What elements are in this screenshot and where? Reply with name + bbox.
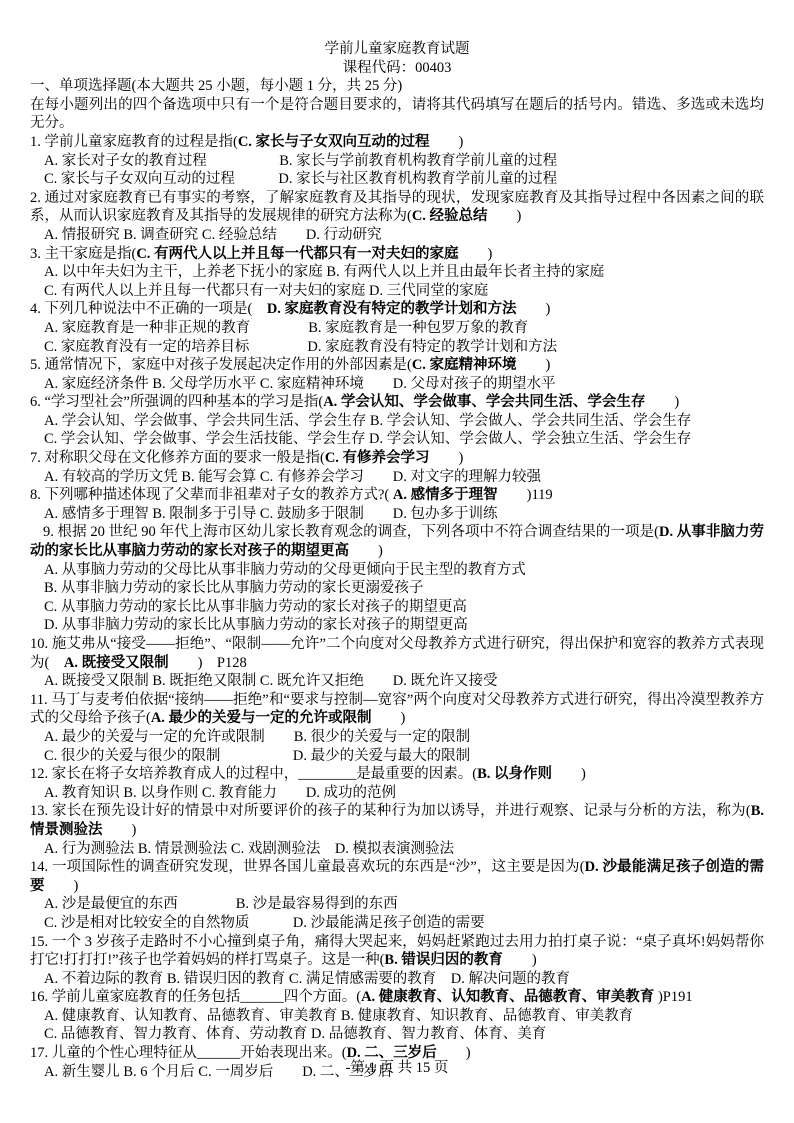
question-stem: 15. 一个 3 岁孩子走路时不小心撞到桌子角，痛得大哭起来，妈妈赶紧跑过去用力… [30,933,764,970]
answer-text: B. 以身作则 [477,766,552,782]
question-text: 1. 学前儿童家庭教育的过程是指( [30,134,238,150]
answer-text: C. 家长与子女双向互动的过程 [238,134,430,150]
bracket-close: ) [372,710,406,726]
option-line: A. 最少的关爱与一定的允许或限制 B. 很少的关爱与一定的限制 [30,728,764,747]
answer-text: D. 家庭教育没有特定的教学计划和方法 [267,301,517,317]
option-line: D. 从事非脑力劳动的家长比从事脑力劳动的家长对孩子的期望更高 [30,616,764,635]
answer-text: A. 学会认知、学会做事、学会共同生活、学会生存 [323,394,645,410]
question-text: 7. 对称职父母在文化修养方面的要求一般是指( [30,450,325,466]
bracket-close: ) [503,952,537,968]
question-stem: 14. 一项国际性的调查研究发现，世界各国儿童最喜欢玩的东西是“沙”，这主要是因… [30,858,764,895]
option-line: C. 沙是相对比较安全的自然物质 D. 沙最能满足孩子创造的需要 [30,914,764,933]
section-heading: 一、单项选择题(本大题共 25 小题，每小题 1 分，共 25 分) [30,77,764,96]
bracket-close: ) [552,766,586,782]
option-line: B. 从事非脑力劳动的家长比从事脑力劳动的家长更溺爱孩子 [30,579,764,598]
option-line: A. 不着边际的教育 B. 错误归因的教育 C. 满足情感需要的教育 D. 解决… [30,970,764,989]
question-stem: 11. 马丁与麦考伯依据“接纳——拒绝”和“要求与控制—宽容”两个向度对父母教养… [30,691,764,728]
option-line: C. 品德教育、智力教育、体育、劳动教育 D. 品德教育、智力教育、体育、美育 [30,1025,764,1044]
bracket-close: ) [645,394,679,410]
question-stem: 16. 学前儿童家庭教育的任务包括______四个方面。(A. 健康教育、认知教… [30,988,764,1007]
option-line: A. 沙是最便宜的东西 B. 沙是最容易得到的东西 [30,895,764,914]
option-line: A. 从事脑力劳动的父母比从事非脑力劳动的父母更倾向于民主型的教育方式 [30,561,764,580]
option-line: A. 感情多于理智 B. 限制多于引导 C. 鼓励多于限制 D. 包办多于训练 [30,505,764,524]
question-text: 13. 家长在预先设计好的情景中对所要评价的孩子的某种行为加以诱导，并进行观察、… [30,803,751,819]
document-page: 学前儿童家庭教育试题 课程代码：00403 一、单项选择题(本大题共 25 小题… [0,0,794,1123]
option-line: A. 家庭教育是一种非正规的教育 B. 家庭教育是一种包罗万象的教育 [30,319,764,338]
bracket-close: ) [459,246,493,262]
option-line: C. 家长与子女双向互动的过程 D. 家长与社区教育机构教育学前儿童的过程 [30,170,764,189]
question-text: 12. 家长在将子女培养教育成人的过程中，________是最重要的因素。( [30,766,477,782]
question-stem: 13. 家长在预先设计好的情景中对所要评价的孩子的某种行为加以诱导，并进行观察、… [30,802,764,839]
answer-text: A. 既接受又限制 [64,655,169,671]
option-line: A. 学会认知、学会做事、学会共同生活、学会生存 B. 学会认知、学会做人、学会… [30,412,764,431]
page-ref-note: 119 [531,487,552,503]
option-line: A. 有较高的学历文凭 B. 能写会算 C. 有修养会学习 D. 对文字的理解力… [30,468,764,487]
option-line: A. 情报研究 B. 调查研究 C. 经验总结 D. 行动研究 [30,226,764,245]
bracket-close: ) [654,989,662,1005]
question-text: 5. 通常情况下，家庭中对孩子发展起决定作用的外部因素是( [30,357,412,373]
page-content: 学前儿童家庭教育试题 课程代码：00403 一、单项选择题(本大题共 25 小题… [0,0,794,1081]
option-line: C. 学会认知、学会做事、学会生活技能、学会生存 D. 学会认知、学会做人、学会… [30,430,764,449]
question-text: 6. “学习型社会”所强调的四种基本的学习是指( [30,394,323,410]
option-line: C. 家庭教育没有一定的培养目标 D. 家庭教育没有特定的教学计划和方法 [30,338,764,357]
bracket-close: ) [498,487,532,503]
page-number-footer: -第 1 页 共 15 页 [0,1059,794,1078]
question-stem: 5. 通常情况下，家庭中对孩子发展起决定作用的外部因素是(C. 家庭精神环境 ) [30,356,764,375]
answer-text: C. 有修养会学习 [325,450,430,466]
option-line: C. 有两代人以上并且每一代都只有一对夫妇的家庭 D. 三代同堂的家庭 [30,282,764,301]
question-text: 2. 通过对家庭教育已有事实的考察，了解家庭教育及其指导的现状，发现家庭教育及其… [30,190,764,225]
option-line: A. 既接受又限制 B. 既拒绝又限制 C. 既允许又拒绝 D. 既允许又接受 [30,672,764,691]
bracket-close: ) [488,208,522,224]
option-line: A. 行为测验法 B. 情景测验法 C. 戏剧测验法 D. 模拟表演测验法 [30,840,764,859]
bracket-close: ) [517,357,551,373]
question-text: 16. 学前儿童家庭教育的任务包括______四个方面。( [30,989,361,1005]
bracket-close: ) [430,450,464,466]
course-code: 课程代码：00403 [30,59,764,78]
question-stem: 10. 施艾弗从“接受——拒绝”、“限制——允许”二个向度对父母教养方式进行研究… [30,635,764,672]
bracket-close: ) [45,878,79,894]
bracket-close: ) [103,822,137,838]
bracket-close: ) [517,301,551,317]
question-stem: 6. “学习型社会”所强调的四种基本的学习是指(A. 学会认知、学会做事、学会共… [30,393,764,412]
option-line: A. 家长对子女的教育过程 B. 家长与学前教育机构教育学前儿童的过程 [30,152,764,171]
bracket-close: ) [349,543,383,559]
answer-text: C. 经验总结 [412,208,488,224]
option-line: A. 家庭经济条件 B. 父母学历水平 C. 家庭精神环境 D. 父母对孩子的期… [30,375,764,394]
questions: 1. 学前儿童家庭教育的过程是指(C. 家长与子女双向互动的过程 )A. 家长对… [30,133,764,1081]
question-text: 4. 下列几种说法中不正确的一项是( [30,301,267,317]
page-ref-note: P128 [217,655,247,671]
page-ref-note: P191 [663,989,693,1005]
question-stem: 9. 根据 20 世纪 90 年代上海市区幼儿家长教育观念的调查，下列各项中不符… [30,523,764,560]
answer-text: C. 有两代人以上并且每一代都只有一对夫妇的家庭 [136,246,458,262]
answer-text: A. 感情多于理智 [393,487,498,503]
bracket-close: ) [169,655,217,671]
question-stem: 8. 下列哪种描述体现了父辈而非祖辈对子女的教养方式?( A. 感情多于理智 )… [30,486,764,505]
option-line: A. 健康教育、认知教育、品德教育、审美教育 B. 健康教育、知识教育、品德教育… [30,1007,764,1026]
question-text: 3. 主干家庭是指( [30,246,136,262]
question-stem: 2. 通过对家庭教育已有事实的考察，了解家庭教育及其指导的现状，发现家庭教育及其… [30,189,764,226]
question-text: 14. 一项国际性的调查研究发现，世界各国儿童最喜欢玩的东西是“沙”，这主要是因… [30,859,585,875]
question-text: 8. 下列哪种描述体现了父辈而非祖辈对子女的教养方式?( [30,487,393,503]
question-stem: 3. 主干家庭是指(C. 有两代人以上并且每一代都只有一对夫妇的家庭 ) [30,245,764,264]
question-text: 9. 根据 20 世纪 90 年代上海市区幼儿家长教育观念的调查，下列各项中不符… [43,524,659,540]
question-stem: 7. 对称职父母在文化修养方面的要求一般是指(C. 有修养会学习 ) [30,449,764,468]
answer-text: A. 最少的关爱与一定的允许或限制 [151,710,372,726]
option-line: C. 很少的关爱与很少的限制 D. 最少的关爱与最大的限制 [30,747,764,766]
question-stem: 1. 学前儿童家庭教育的过程是指(C. 家长与子女双向互动的过程 ) [30,133,764,152]
option-line: C. 从事脑力劳动的家长比从事非脑力劳动的家长对孩子的期望更高 [30,598,764,617]
section-instructions: 在每小题列出的四个备选项中只有一个是符合题目要求的，请将其代码填写在题后的括号内… [30,96,764,133]
question-stem: 12. 家长在将子女培养教育成人的过程中，________是最重要的因素。(B.… [30,765,764,784]
answer-text: C. 家庭精神环境 [412,357,517,373]
option-line: A. 教育知识 B. 以身作则 C. 教育能力 D. 成功的范例 [30,784,764,803]
bracket-close: ) [430,134,464,150]
document-title: 学前儿童家庭教育试题 [30,40,764,59]
question-stem: 4. 下列几种说法中不正确的一项是( D. 家庭教育没有特定的教学计划和方法 ) [30,300,764,319]
answer-text: A. 健康教育、认知教育、品德教育、审美教育 [361,989,654,1005]
option-line: A. 以中年夫妇为主干，上养老下抚小的家庭 B. 有两代人以上并且由最年长者主持… [30,263,764,282]
answer-text: B. 错误归因的教育 [384,952,502,968]
